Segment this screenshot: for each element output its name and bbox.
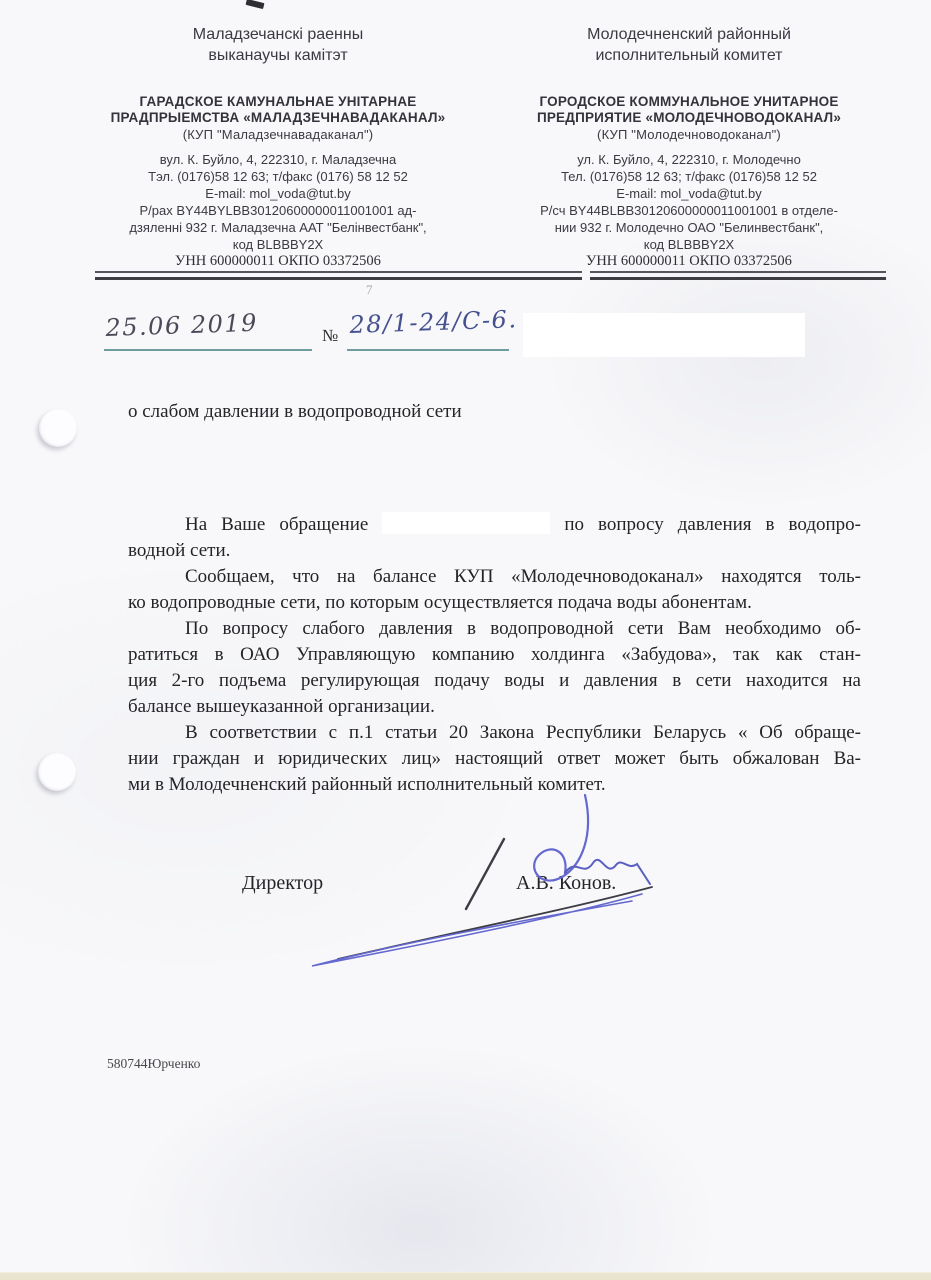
address-ru-line1: ул. К. Буйло, 4, 222310, г. Молодечно bbox=[497, 151, 881, 168]
redaction-box-header bbox=[523, 313, 805, 357]
body-line: ратиться в ОАО Управляющую компанию холд… bbox=[128, 642, 861, 668]
signature-stroke-tail-blue bbox=[312, 894, 642, 966]
body-line: ко водопроводные сети, по которым осущес… bbox=[128, 590, 861, 616]
account-ru-line2: нии 932 г. Молодечно ОАО "Белинвестбанк"… bbox=[497, 219, 881, 236]
unn-okpo-ru: УНН 600000011 ОКПО 03372506 bbox=[497, 253, 881, 270]
executor-code: 580744Юрченко bbox=[107, 1056, 200, 1072]
org-name-by-line2: ПРАДПРЫЕМСТВА «МАЛАДЗЕЧНАВАДАКАНАЛ» bbox=[88, 110, 468, 126]
account-ru-line1: Р/сч BY44BLBB30120600000011001001 в отде… bbox=[497, 202, 881, 219]
bank-code-by: код BLBBBY2X bbox=[88, 236, 468, 253]
org-short-name-ru: (КУП "Молодечноводоканал") bbox=[497, 126, 881, 143]
letter-date-handwritten: 25.06 2019 bbox=[105, 309, 258, 342]
body-line: По вопросу слабого давления в водопровод… bbox=[128, 616, 861, 642]
punch-hole-top bbox=[39, 409, 77, 447]
number-sign: № bbox=[322, 326, 338, 346]
address-ru-line2: Тел. (0176)58 12 63; т/факс (0176)58 12 … bbox=[497, 168, 881, 185]
body-line: Сообщаем, что на балансе КУП «Молодечнов… bbox=[128, 564, 861, 590]
email-ru: E-mail: mol_voda@tut.by bbox=[497, 185, 881, 202]
letter-number-handwritten: 28/1-24/С-6. bbox=[349, 305, 518, 339]
org-short-name-by: (КУП "Маладзечнавадаканал") bbox=[88, 126, 468, 143]
scan-bottom-edge bbox=[0, 1272, 931, 1280]
letterhead-right: Молодечненский районный исполнительный к… bbox=[497, 24, 881, 270]
scan-mark-7: 7 bbox=[366, 282, 373, 298]
body-line: На Ваше обращение по вопросу давления в … bbox=[128, 512, 861, 538]
signature-stroke-letters bbox=[565, 860, 650, 884]
redaction-box-inline bbox=[382, 512, 550, 534]
authority-name-by-line2: выканаучы камітэт bbox=[88, 45, 468, 66]
body-line: нии граждан и юридических лиц» настоящий… bbox=[128, 746, 861, 772]
body-line: ция 2-го подъема регулирующая подачу вод… bbox=[128, 668, 861, 694]
authority-name-by-line1: Маладзечанскі раенны bbox=[88, 24, 468, 45]
letter-body: На Ваше обращение по вопросу давления в … bbox=[128, 512, 861, 798]
p1-text-before-redaction: На Ваше обращение bbox=[185, 514, 368, 535]
email-by: E-mail: mol_voda@tut.by bbox=[88, 185, 468, 202]
punch-hole-bottom bbox=[38, 753, 76, 791]
account-by-line2: дзяленні 932 г. Маладзечна ААТ "Белінвес… bbox=[88, 219, 468, 236]
letterhead-left: Маладзечанскі раенны выканаучы камітэт Г… bbox=[88, 24, 468, 270]
body-line: водной сети. bbox=[128, 538, 861, 564]
scan-corner-artifact bbox=[246, 0, 265, 9]
authority-name-ru-line1: Молодечненский районный bbox=[497, 24, 881, 45]
body-line: В соответствии с п.1 статьи 20 Закона Ре… bbox=[128, 720, 861, 746]
handwritten-signature bbox=[280, 793, 680, 983]
number-underline bbox=[347, 349, 509, 351]
org-name-ru-line2: ПРЕДПРИЯТИЕ «МОЛОДЕЧНОВОДОКАНАЛ» bbox=[497, 110, 881, 126]
signature-stroke-slash bbox=[466, 839, 504, 909]
bank-code-ru: код BLBBBY2X bbox=[497, 236, 881, 253]
scanned-letter-page: Маладзечанскі раенны выканаучы камітэт Г… bbox=[0, 0, 931, 1280]
org-name-by-line1: ГАРАДСКОЕ КАМУНАЛЬНАЕ УНІТАРНАЕ bbox=[88, 94, 468, 110]
body-line: балансе вышеуказанной организации. bbox=[128, 694, 861, 720]
address-by-line1: вул. К. Буйло, 4, 222310, г. Маладзечна bbox=[88, 151, 468, 168]
divider-rule-right bbox=[590, 271, 886, 280]
divider-rule-left bbox=[95, 271, 582, 280]
date-underline bbox=[104, 349, 312, 351]
authority-name-ru-line2: исполнительный комитет bbox=[497, 45, 881, 66]
p1-text-after-redaction: по вопросу давления в водопро- bbox=[564, 514, 861, 535]
unn-okpo-by: УНН 600000011 ОКПО 03372506 bbox=[88, 253, 468, 270]
org-name-ru-line1: ГОРОДСКОЕ КОММУНАЛЬНОЕ УНИТАРНОЕ bbox=[497, 94, 881, 110]
account-by-line1: Р/рах BY44BYLBB30120600000011001001 ад- bbox=[88, 202, 468, 219]
address-by-line2: Тэл. (0176)58 12 63; т/факс (0176) 58 12… bbox=[88, 168, 468, 185]
subject-line: о слабом давлении в водопроводной сети bbox=[128, 401, 462, 423]
